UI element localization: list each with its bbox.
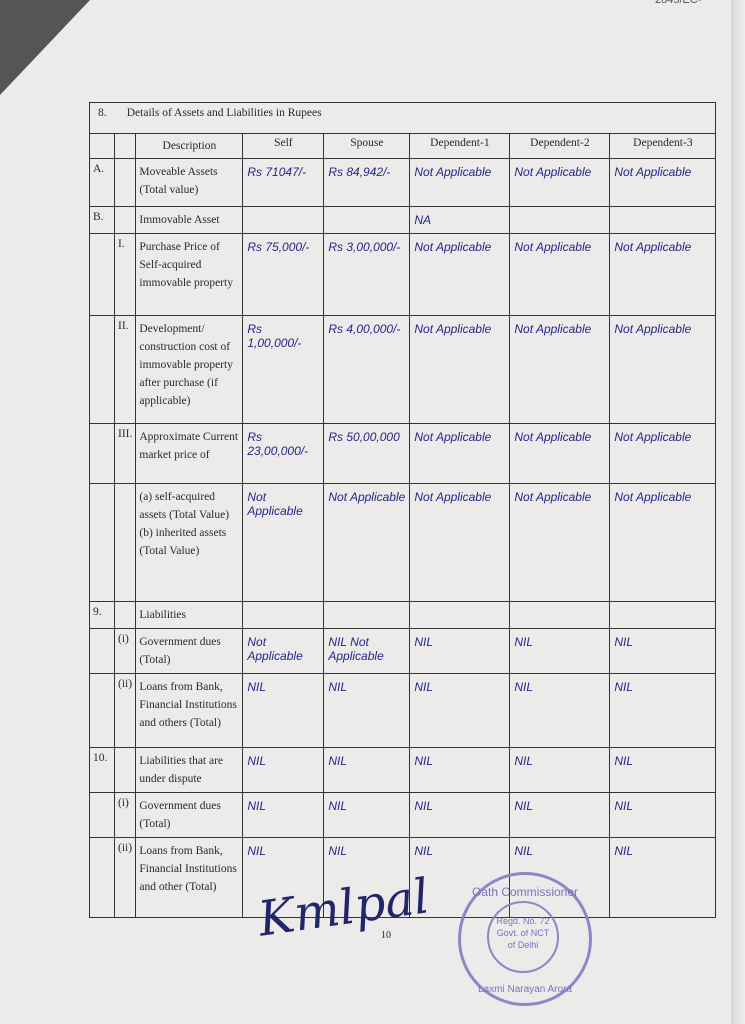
handwritten-value: NIL Not Applicable bbox=[324, 629, 410, 674]
row-subnumber: III. bbox=[115, 424, 136, 484]
table-row: 9.Liabilities bbox=[90, 602, 716, 629]
handwritten-value: NIL bbox=[324, 793, 410, 838]
handwritten-value: Not Applicable bbox=[410, 159, 510, 207]
row-description: Liabilities bbox=[136, 602, 243, 629]
row-description: Moveable Assets (Total value) bbox=[136, 159, 243, 207]
handwritten-value: NIL bbox=[410, 793, 510, 838]
row-number bbox=[90, 793, 115, 838]
handwritten-value: Not Applicable bbox=[610, 316, 716, 424]
row-number bbox=[90, 316, 115, 424]
row-description: Government dues (Total) bbox=[136, 629, 243, 674]
handwritten-value: NIL bbox=[410, 629, 510, 674]
handwritten-value bbox=[610, 207, 716, 234]
row-number bbox=[90, 234, 115, 316]
handwritten-value: NIL bbox=[243, 793, 324, 838]
handwritten-value bbox=[610, 602, 716, 629]
handwritten-value bbox=[510, 207, 610, 234]
handwritten-value: Not Applicable bbox=[510, 316, 610, 424]
column-header: Description bbox=[136, 134, 243, 159]
handwritten-value bbox=[324, 602, 410, 629]
handwritten-value: Rs 71047/- bbox=[243, 159, 324, 207]
row-subnumber: (i) bbox=[115, 629, 136, 674]
table-row: (i)Government dues (Total)NILNILNILNILNI… bbox=[90, 793, 716, 838]
scanned-page: 2845/EC- 8. Details of Assets and Liabil… bbox=[0, 0, 745, 1024]
handwritten-value bbox=[410, 602, 510, 629]
row-description: Approximate Current market price of bbox=[136, 424, 243, 484]
handwritten-value: Not Applicable bbox=[510, 234, 610, 316]
handwritten-value: Not Applicable bbox=[610, 484, 716, 602]
section-number: 8. bbox=[98, 107, 107, 119]
handwritten-value: Not Applicable bbox=[610, 234, 716, 316]
column-header: Spouse bbox=[324, 134, 410, 159]
column-header: Dependent-3 bbox=[610, 134, 716, 159]
handwritten-value: Rs 75,000/- bbox=[243, 234, 324, 316]
handwritten-value: NIL bbox=[410, 748, 510, 793]
handwritten-value: Rs 4,00,000/- bbox=[324, 316, 410, 424]
table-row: (i)Government dues (Total)Not Applicable… bbox=[90, 629, 716, 674]
row-description: Loans from Bank, Financial Institutions … bbox=[136, 674, 243, 748]
table-row: B.Immovable AssetNA bbox=[90, 207, 716, 234]
row-description: (a) self-acquired assets (Total Value) (… bbox=[136, 484, 243, 602]
handwritten-value: Rs 84,942/- bbox=[324, 159, 410, 207]
table-row: I.Purchase Price of Self-acquired immova… bbox=[90, 234, 716, 316]
row-description: Government dues (Total) bbox=[136, 793, 243, 838]
row-number: B. bbox=[90, 207, 115, 234]
row-subnumber: (ii) bbox=[115, 838, 136, 918]
stamp-top-text: Oath Commissioner bbox=[461, 885, 589, 899]
handwritten-value: NA bbox=[410, 207, 510, 234]
row-description: Development/ construction cost of immova… bbox=[136, 316, 243, 424]
row-description: Loans from Bank, Financial Institutions … bbox=[136, 838, 243, 918]
stamp-line: Regd. No. 72 bbox=[489, 915, 557, 927]
handwritten-value: Not Applicable bbox=[410, 316, 510, 424]
row-description: Immovable Asset bbox=[136, 207, 243, 234]
row-number bbox=[90, 838, 115, 918]
handwritten-value: NIL bbox=[510, 629, 610, 674]
handwritten-value: Not Applicable bbox=[510, 484, 610, 602]
row-number bbox=[90, 424, 115, 484]
row-subnumber: I. bbox=[115, 234, 136, 316]
assets-liabilities-table: 8. Details of Assets and Liabilities in … bbox=[89, 102, 716, 918]
row-subnumber: (i) bbox=[115, 793, 136, 838]
row-number bbox=[90, 484, 115, 602]
handwritten-value: Not Applicable bbox=[610, 159, 716, 207]
row-number: 10. bbox=[90, 748, 115, 793]
handwritten-value: Not Applicable bbox=[510, 424, 610, 484]
handwritten-value: NIL bbox=[510, 674, 610, 748]
stamp-line: Govt. of NCT bbox=[489, 927, 557, 939]
row-subnumber bbox=[115, 159, 136, 207]
column-header: Dependent-1 bbox=[410, 134, 510, 159]
table-body: A.Moveable Assets (Total value)Rs 71047/… bbox=[90, 159, 716, 918]
row-subnumber: II. bbox=[115, 316, 136, 424]
handwritten-value: Rs 50,00,000 bbox=[324, 424, 410, 484]
handwritten-value: NIL bbox=[610, 674, 716, 748]
handwritten-value bbox=[243, 602, 324, 629]
handwritten-value: Not Applicable bbox=[410, 234, 510, 316]
handwritten-value: Rs 1,00,000/- bbox=[243, 316, 324, 424]
row-subnumber bbox=[115, 207, 136, 234]
handwritten-value: Rs 3,00,000/- bbox=[324, 234, 410, 316]
handwritten-value: Not Applicable bbox=[510, 159, 610, 207]
handwritten-value: NIL bbox=[510, 748, 610, 793]
row-number bbox=[90, 674, 115, 748]
handwritten-value: Not Applicable bbox=[610, 424, 716, 484]
document-reference: 2845/EC- bbox=[655, 0, 701, 6]
table-row: III.Approximate Current market price ofR… bbox=[90, 424, 716, 484]
table-row: A.Moveable Assets (Total value)Rs 71047/… bbox=[90, 159, 716, 207]
row-number: A. bbox=[90, 159, 115, 207]
table-row: (a) self-acquired assets (Total Value) (… bbox=[90, 484, 716, 602]
stamp-line: of Delhi bbox=[489, 939, 557, 951]
handwritten-value: NIL bbox=[243, 674, 324, 748]
table-row: 10.Liabilities that are under disputeNIL… bbox=[90, 748, 716, 793]
handwritten-value: Not Applicable bbox=[410, 484, 510, 602]
column-header: Self bbox=[243, 134, 324, 159]
handwritten-value: Not Applicable bbox=[243, 484, 324, 602]
page-number: 10 bbox=[381, 930, 391, 941]
row-subnumber bbox=[115, 748, 136, 793]
handwritten-value: NIL bbox=[243, 748, 324, 793]
row-description: Liabilities that are under dispute bbox=[136, 748, 243, 793]
row-number: 9. bbox=[90, 602, 115, 629]
handwritten-value: NIL bbox=[610, 748, 716, 793]
section-title: Details of Assets and Liabilities in Rup… bbox=[127, 107, 322, 119]
row-subnumber bbox=[115, 484, 136, 602]
handwritten-value: Not Applicable bbox=[243, 629, 324, 674]
handwritten-value: Rs 23,00,000/- bbox=[243, 424, 324, 484]
handwritten-value: NIL bbox=[410, 674, 510, 748]
handwritten-value: NIL bbox=[610, 838, 716, 918]
handwritten-value: Not Applicable bbox=[410, 424, 510, 484]
table-row: (ii)Loans from Bank, Financial Instituti… bbox=[90, 674, 716, 748]
stamp-bottom-text: Laxmi Narayan Arora bbox=[461, 984, 589, 995]
column-header-row: Description Self Spouse Dependent-1 Depe… bbox=[90, 134, 716, 159]
handwritten-value bbox=[243, 207, 324, 234]
handwritten-value bbox=[324, 207, 410, 234]
handwritten-value: NIL bbox=[324, 674, 410, 748]
oath-commissioner-stamp: Oath Commissioner Regd. No. 72 Govt. of … bbox=[458, 872, 592, 1006]
column-header: Dependent-2 bbox=[510, 134, 610, 159]
page-edge bbox=[731, 0, 745, 1024]
row-number bbox=[90, 629, 115, 674]
handwritten-value: NIL bbox=[510, 793, 610, 838]
handwritten-value: NIL bbox=[610, 629, 716, 674]
handwritten-value bbox=[510, 602, 610, 629]
handwritten-value: Not Applicable bbox=[324, 484, 410, 602]
handwritten-value: NIL bbox=[610, 793, 716, 838]
table-row: II.Development/ construction cost of imm… bbox=[90, 316, 716, 424]
handwritten-value: NIL bbox=[324, 748, 410, 793]
row-subnumber: (ii) bbox=[115, 674, 136, 748]
section-header-row: 8. Details of Assets and Liabilities in … bbox=[90, 103, 716, 134]
row-description: Purchase Price of Self-acquired immovabl… bbox=[136, 234, 243, 316]
stamp-inner: Regd. No. 72 Govt. of NCT of Delhi bbox=[487, 901, 559, 973]
row-subnumber bbox=[115, 602, 136, 629]
